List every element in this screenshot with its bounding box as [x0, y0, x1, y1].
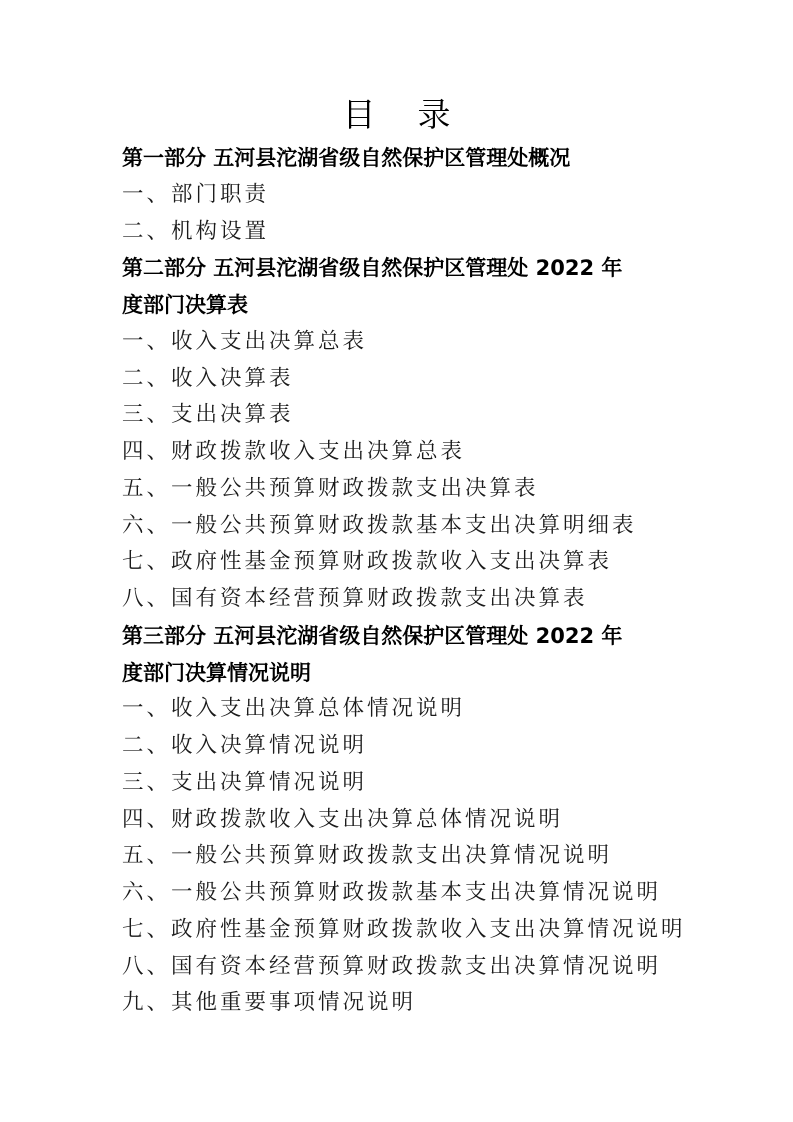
toc-part-2-heading[interactable]: 第二部分 五河县沱湖省级自然保护区管理处 2022 年: [122, 250, 682, 287]
toc-item[interactable]: 五、一般公共预算财政拨款支出决算表: [122, 471, 682, 508]
toc-item[interactable]: 八、国有资本经营预算财政拨款支出决算情况说明: [122, 949, 682, 986]
toc-item[interactable]: 三、支出决算表: [122, 397, 682, 434]
toc-item[interactable]: 六、一般公共预算财政拨款基本支出决算情况说明: [122, 875, 682, 912]
toc-item[interactable]: 四、财政拨款收入支出决算总体情况说明: [122, 802, 682, 839]
toc-item[interactable]: 二、收入决算表: [122, 361, 682, 398]
toc-part-3-heading-cont[interactable]: 度部门决算情况说明: [122, 655, 682, 692]
title-char-1: 目: [343, 93, 376, 137]
toc-part-2-heading-cont[interactable]: 度部门决算表: [122, 287, 682, 324]
toc-item[interactable]: 一、部门职责: [122, 177, 682, 214]
toc-item[interactable]: 九、其他重要事项情况说明: [122, 985, 682, 1022]
page-title: 目录: [0, 93, 793, 137]
toc-item[interactable]: 二、机构设置: [122, 214, 682, 251]
toc-item[interactable]: 一、收入支出决算总体情况说明: [122, 691, 682, 728]
toc-item[interactable]: 二、收入决算情况说明: [122, 728, 682, 765]
table-of-contents: 第一部分 五河县沱湖省级自然保护区管理处概况 一、部门职责 二、机构设置 第二部…: [122, 140, 682, 1022]
toc-item[interactable]: 七、政府性基金预算财政拨款收入支出决算情况说明: [122, 912, 682, 949]
toc-item[interactable]: 五、一般公共预算财政拨款支出决算情况说明: [122, 838, 682, 875]
toc-item[interactable]: 七、政府性基金预算财政拨款收入支出决算表: [122, 544, 682, 581]
toc-item[interactable]: 六、一般公共预算财政拨款基本支出决算明细表: [122, 508, 682, 545]
toc-item[interactable]: 四、财政拨款收入支出决算总表: [122, 434, 682, 471]
toc-item[interactable]: 八、国有资本经营预算财政拨款支出决算表: [122, 581, 682, 618]
toc-item[interactable]: 三、支出决算情况说明: [122, 765, 682, 802]
toc-part-3-heading[interactable]: 第三部分 五河县沱湖省级自然保护区管理处 2022 年: [122, 618, 682, 655]
title-char-2: 录: [418, 93, 451, 137]
toc-item[interactable]: 一、收入支出决算总表: [122, 324, 682, 361]
toc-part-1-heading[interactable]: 第一部分 五河县沱湖省级自然保护区管理处概况: [122, 140, 682, 177]
